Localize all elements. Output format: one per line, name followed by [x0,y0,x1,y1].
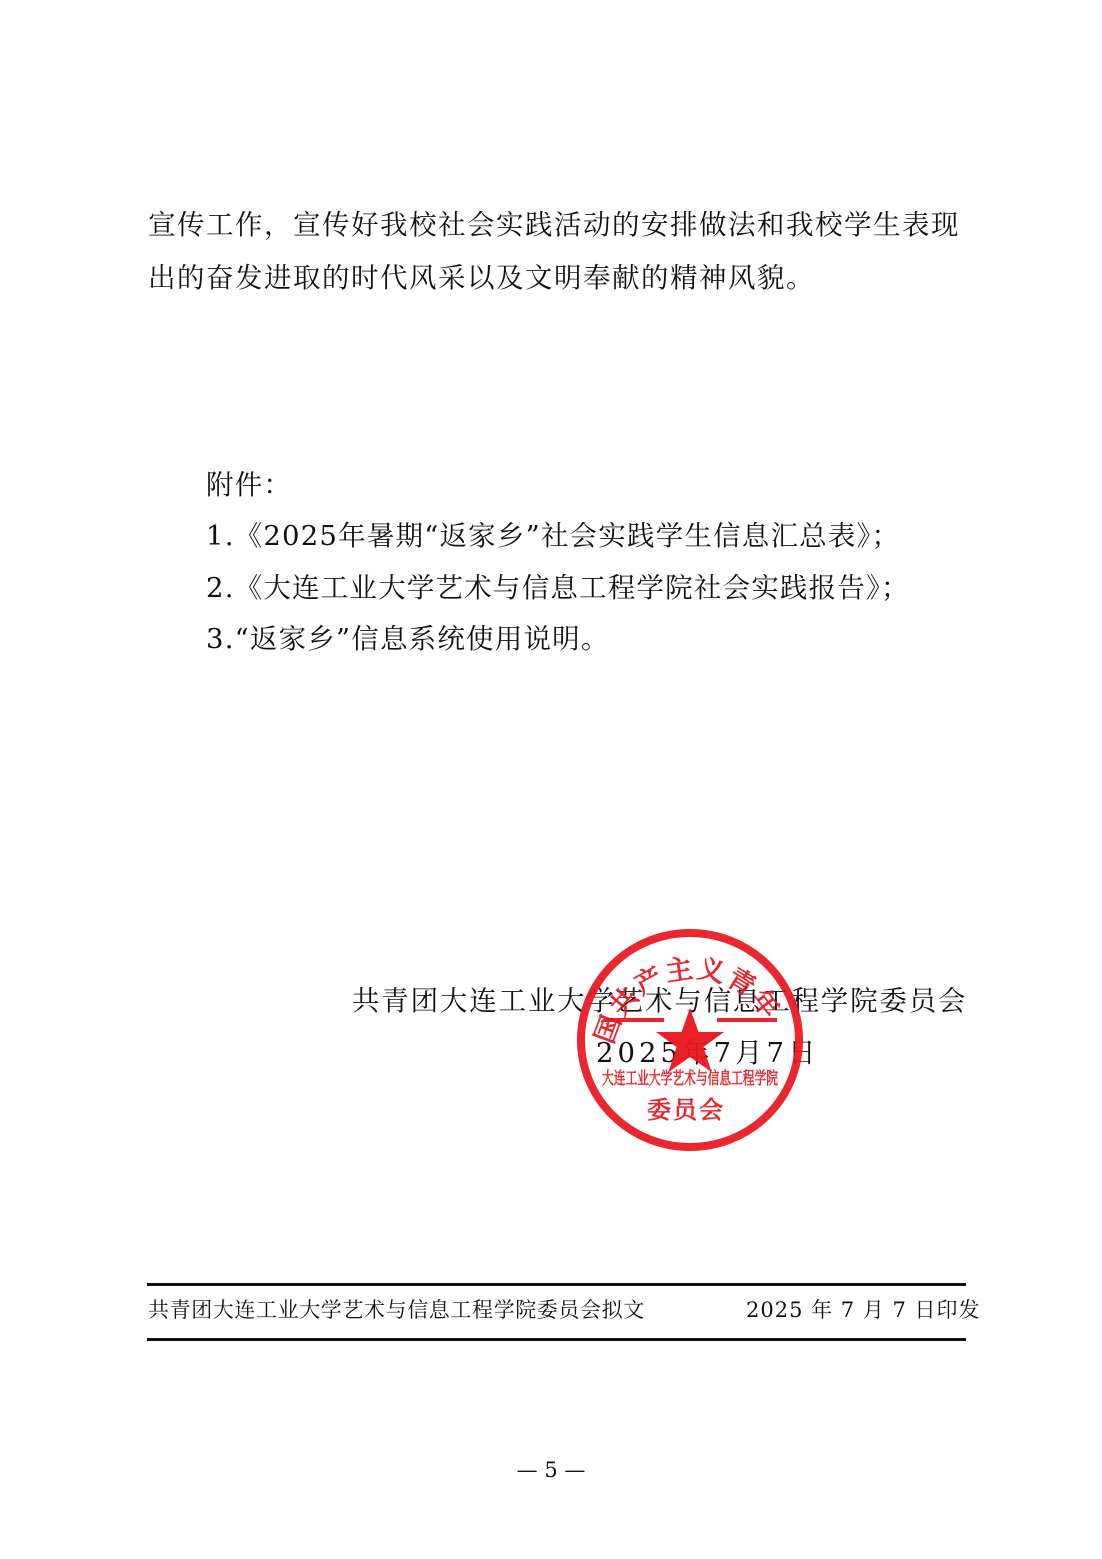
seal-middle-text: 大连工业大学艺术与信息工程学院 [602,1068,778,1089]
body-paragraph-line-2: 出的奋发进取的时代风采以及文明奉献的精神风貌。 [148,265,815,293]
footer-drafted-by: 共青团大连工业大学艺术与信息工程学院委员会拟文 [148,1300,645,1321]
footer-top-rule [147,1283,966,1286]
signature-date: 2025年7月7日 [596,1040,819,1068]
attachment-item-3: 3.“返家乡”信息系统使用说明。 [206,626,610,654]
page-number: — 5 — [0,1460,1102,1481]
attachment-item-2: 2.《大连工业大学艺术与信息工程学院社会实践报告》； [206,575,910,603]
footer-issued-date: 2025 年 7 月 7 日印发 [746,1300,981,1321]
document-page: 宣传工作，宣传好我校社会实践活动的安排做法和我校学生表现 出的奋发进取的时代风采… [0,0,1102,1559]
body-paragraph-line-1: 宣传工作，宣传好我校社会实践活动的安排做法和我校学生表现 [148,212,960,240]
attachment-item-1: 1.《2025年暑期“返家乡”社会实践学生信息汇总表》； [206,523,900,551]
footer-bottom-rule [147,1338,966,1341]
signature-organization: 共青团大连工业大学艺术与信息工程学院委员会 [352,988,967,1016]
attachments-heading: 附件： [206,472,292,500]
seal-bottom-text: 委员会 [647,1096,725,1124]
